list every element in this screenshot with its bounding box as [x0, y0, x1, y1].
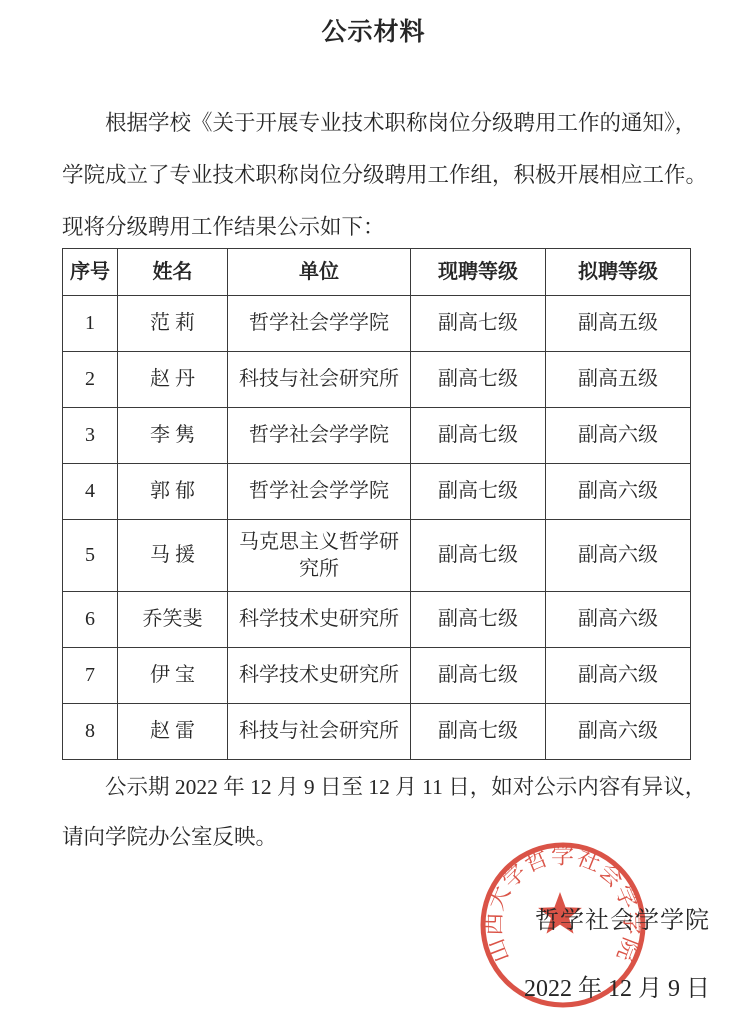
- cell-no: 1: [63, 296, 118, 352]
- cell-unit: 科技与社会研究所: [228, 704, 411, 760]
- cell-unit: 哲学社会学学院: [228, 408, 411, 464]
- table-row: 1 范 莉 哲学社会学学院 副高七级 副高五级: [63, 296, 691, 352]
- table-row: 8 赵 雷 科技与社会研究所 副高七级 副高六级: [63, 704, 691, 760]
- header-cell-unit: 单位: [228, 249, 411, 296]
- cell-name: 乔笑斐: [118, 592, 228, 648]
- intro-paragraph: 根据学校《关于开展专业技术职称岗位分级聘用工作的通知》， 学院成立了专业技术职称…: [62, 97, 720, 253]
- intro-line: 根据学校《关于开展专业技术职称岗位分级聘用工作的通知》，: [62, 97, 720, 149]
- cell-current-grade: 副高七级: [411, 408, 546, 464]
- cell-current-grade: 副高七级: [411, 352, 546, 408]
- cell-no: 7: [63, 648, 118, 704]
- cell-no: 2: [63, 352, 118, 408]
- cell-unit: 科学技术史研究所: [228, 648, 411, 704]
- cell-no: 6: [63, 592, 118, 648]
- cell-name: 赵 雷: [118, 704, 228, 760]
- table-header-row: 序号 姓名 单位 现聘等级 拟聘等级: [63, 249, 691, 296]
- cell-proposed-grade: 副高五级: [546, 296, 691, 352]
- cell-name: 范 莉: [118, 296, 228, 352]
- cell-no: 4: [63, 464, 118, 520]
- header-cell-no: 序号: [63, 249, 118, 296]
- cell-no: 8: [63, 704, 118, 760]
- cell-proposed-grade: 副高六级: [546, 704, 691, 760]
- page-title: 公示材料: [0, 12, 747, 48]
- table-row: 6 乔笑斐 科学技术史研究所 副高七级 副高六级: [63, 592, 691, 648]
- cell-current-grade: 副高七级: [411, 704, 546, 760]
- cell-proposed-grade: 副高六级: [546, 408, 691, 464]
- employment-grading-table: 序号 姓名 单位 现聘等级 拟聘等级 1 范 莉 哲学社会学学院 副高七级 副高…: [62, 248, 691, 760]
- header-cell-current-grade: 现聘等级: [411, 249, 546, 296]
- table-row: 2 赵 丹 科技与社会研究所 副高七级 副高五级: [63, 352, 691, 408]
- cell-name: 李 隽: [118, 408, 228, 464]
- table-row: 5 马 援 马克思主义哲学研究所 副高七级 副高六级: [63, 520, 691, 592]
- cell-unit: 科学技术史研究所: [228, 592, 411, 648]
- cell-proposed-grade: 副高五级: [546, 352, 691, 408]
- document-page: 公示材料 根据学校《关于开展专业技术职称岗位分级聘用工作的通知》， 学院成立了专…: [0, 0, 747, 1035]
- table-row: 3 李 隽 哲学社会学学院 副高七级 副高六级: [63, 408, 691, 464]
- table-row: 4 郭 郁 哲学社会学学院 副高七级 副高六级: [63, 464, 691, 520]
- signature-unit: 哲学社会学学院: [535, 900, 710, 935]
- cell-proposed-grade: 副高六级: [546, 520, 691, 592]
- cell-current-grade: 副高七级: [411, 464, 546, 520]
- header-cell-name: 姓名: [118, 249, 228, 296]
- cell-unit: 哲学社会学学院: [228, 296, 411, 352]
- header-cell-proposed-grade: 拟聘等级: [546, 249, 691, 296]
- intro-line: 现将分级聘用工作结果公示如下：: [62, 201, 720, 253]
- table-row: 7 伊 宝 科学技术史研究所 副高七级 副高六级: [63, 648, 691, 704]
- document-date: 2022 年 12 月 9 日: [524, 968, 710, 1003]
- cell-current-grade: 副高七级: [411, 520, 546, 592]
- cell-name: 伊 宝: [118, 648, 228, 704]
- cell-current-grade: 副高七级: [411, 592, 546, 648]
- cell-current-grade: 副高七级: [411, 648, 546, 704]
- cell-unit: 马克思主义哲学研究所: [228, 520, 411, 592]
- cell-current-grade: 副高七级: [411, 296, 546, 352]
- cell-unit: 哲学社会学学院: [228, 464, 411, 520]
- intro-line: 学院成立了专业技术职称岗位分级聘用工作组，积极开展相应工作。: [62, 149, 720, 201]
- cell-proposed-grade: 副高六级: [546, 592, 691, 648]
- closing-line: 公示期 2022 年 12 月 9 日至 12 月 11 日，如对公示内容有异议…: [62, 762, 720, 812]
- cell-no: 5: [63, 520, 118, 592]
- cell-name: 郭 郁: [118, 464, 228, 520]
- cell-proposed-grade: 副高六级: [546, 648, 691, 704]
- cell-name: 赵 丹: [118, 352, 228, 408]
- cell-no: 3: [63, 408, 118, 464]
- cell-name: 马 援: [118, 520, 228, 592]
- cell-proposed-grade: 副高六级: [546, 464, 691, 520]
- cell-unit: 科技与社会研究所: [228, 352, 411, 408]
